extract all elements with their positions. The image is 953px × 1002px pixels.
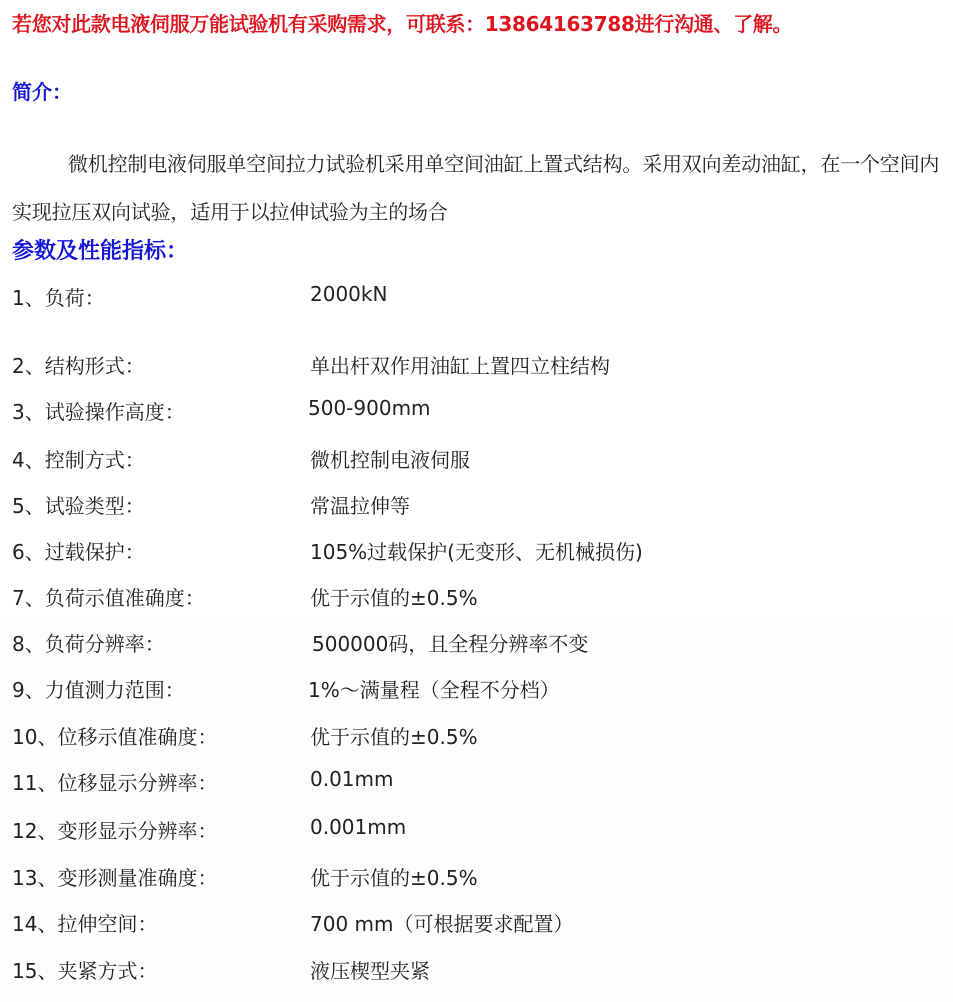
spec-value: 液压楔型夹紧 <box>310 955 430 984</box>
spec-value: 单出杆双作用油缸上置四立柱结构 <box>310 350 610 379</box>
spec-value: 0.001mm <box>310 815 406 839</box>
params-heading: 参数及性能指标： <box>12 234 188 265</box>
spec-value: 1%～满量程（全程不分档） <box>308 674 560 703</box>
spec-value: 优于示值的±0.5% <box>310 721 478 750</box>
spec-label: 3、试验操作高度： <box>12 396 185 425</box>
spec-value: 500-900mm <box>308 396 431 420</box>
spec-label: 8、负荷分辨率： <box>12 628 165 657</box>
spec-label: 4、控制方式： <box>12 444 145 473</box>
intro-heading: 简介： <box>12 76 72 105</box>
intro-paragraph: 微机控制电液伺服单空间拉力试验机采用单空间油缸上置式结构。采用双向差动油缸，在一… <box>12 140 947 236</box>
contact-notice: 若您对此款电液伺服万能试验机有采购需求，可联系：13864163788进行沟通、… <box>12 8 792 37</box>
spec-value: 0.01mm <box>310 767 394 791</box>
spec-label: 5、试验类型： <box>12 490 145 519</box>
spec-label: 12、变形显示分辨率： <box>12 815 217 844</box>
spec-value: 500000码，且全程分辨率不变 <box>312 628 588 657</box>
spec-label: 6、过载保护： <box>12 536 145 565</box>
spec-label: 1、负荷： <box>12 282 105 311</box>
spec-label: 14、拉伸空间： <box>12 908 157 937</box>
spec-value: 2000kN <box>310 282 387 306</box>
spec-label: 9、力值测力范围： <box>12 674 185 703</box>
spec-value: 常温拉伸等 <box>310 490 410 519</box>
spec-label: 11、位移显示分辨率： <box>12 767 217 796</box>
spec-value: 优于示值的±0.5% <box>310 862 478 891</box>
spec-value: 优于示值的±0.5% <box>310 582 478 611</box>
spec-label: 7、负荷示值准确度： <box>12 582 205 611</box>
spec-value: 微机控制电液伺服 <box>310 444 470 473</box>
spec-label: 13、变形测量准确度： <box>12 862 217 891</box>
spec-label: 15、夹紧方式： <box>12 955 157 984</box>
spec-label: 2、结构形式： <box>12 350 145 379</box>
spec-value: 105%过载保护(无变形、无机械损伤) <box>310 536 643 565</box>
spec-label: 10、位移示值准确度： <box>12 721 217 750</box>
spec-value: 700 mm（可根据要求配置） <box>310 908 574 937</box>
